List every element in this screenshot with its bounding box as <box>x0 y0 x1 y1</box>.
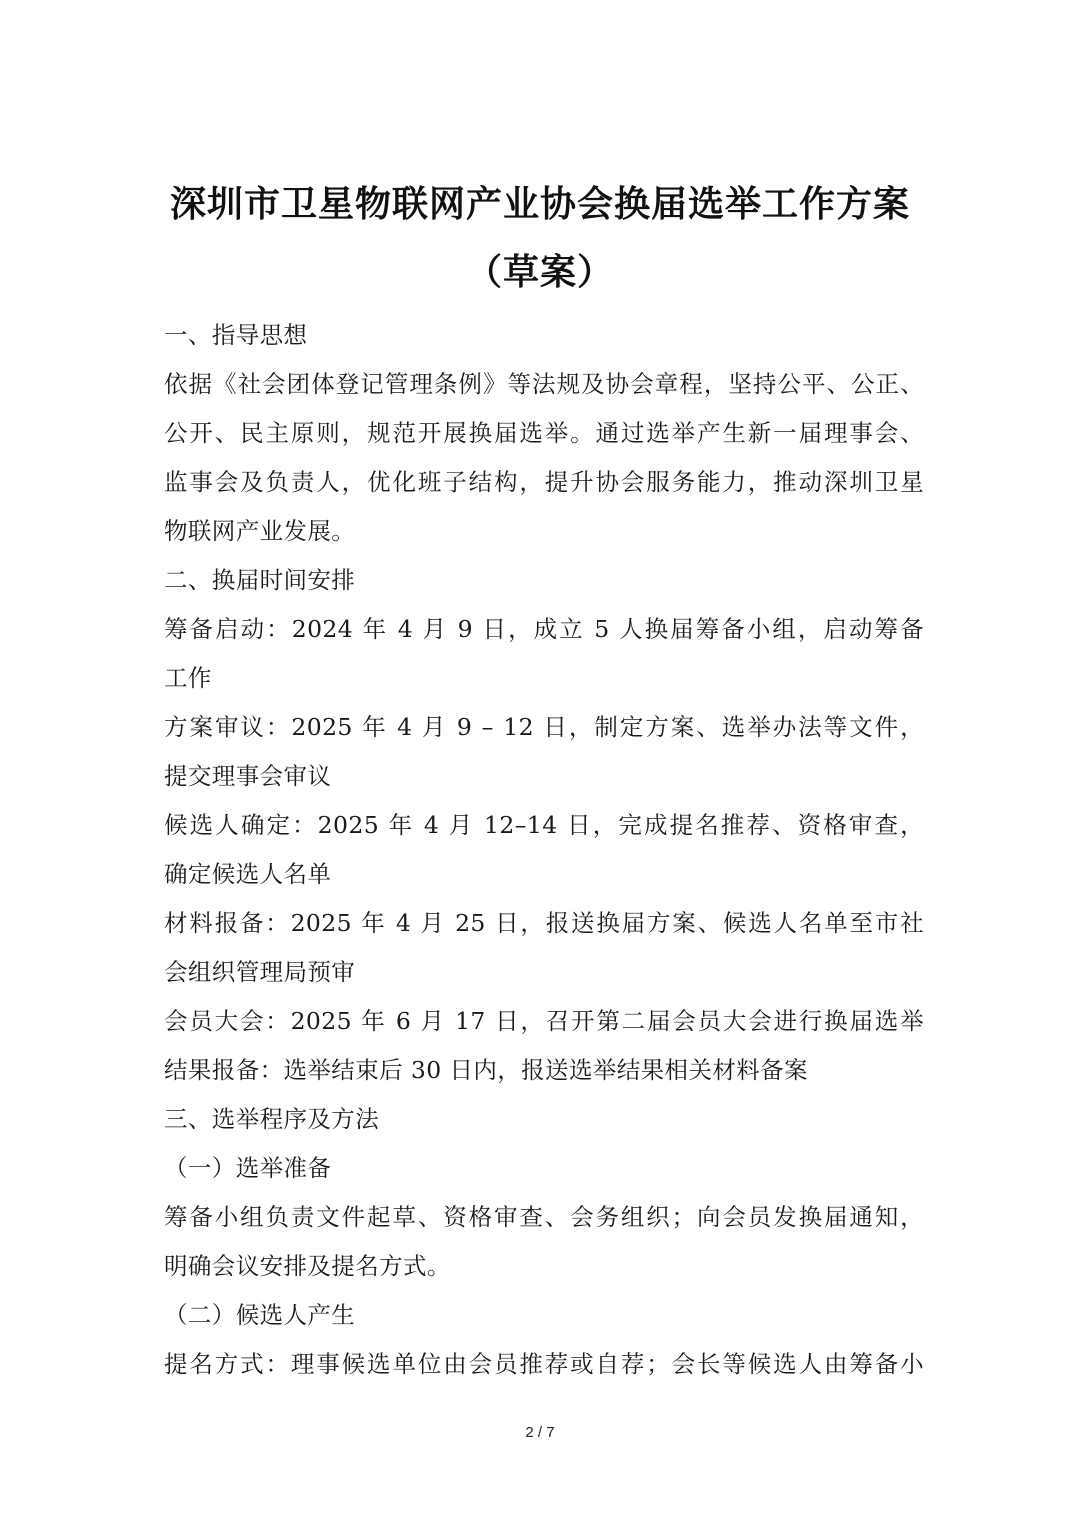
section-heading-2: 二、换届时间安排 <box>164 556 924 605</box>
schedule-item-general-assembly: 会员大会：2025 年 6 月 17 日，召开第二届会员大会进行换届选举 <box>164 997 924 1046</box>
document-page: 深圳市卫星物联网产业协会换届选举工作方案 （草案） 一、指导思想 依据《社会团体… <box>0 0 1080 1526</box>
subsection-heading-1: （一）选举准备 <box>164 1144 924 1193</box>
paragraph-line: 公开、民主原则，规范开展换届选举。通过选举产生新一届理事会、 <box>164 409 924 458</box>
schedule-item-filing-cont: 会组织管理局预审 <box>164 948 924 997</box>
schedule-item-candidates-cont: 确定候选人名单 <box>164 850 924 899</box>
paragraph-line: 物联网产业发展。 <box>164 507 924 556</box>
paragraph-line: 明确会议安排及提名方式。 <box>164 1242 924 1291</box>
page-number: 2 / 7 <box>0 1424 1080 1441</box>
paragraph-line: 筹备小组负责文件起草、资格审查、会务组织；向会员发换届通知， <box>164 1193 924 1242</box>
section-heading-1: 一、指导思想 <box>164 311 924 360</box>
subsection-heading-2: （二）候选人产生 <box>164 1291 924 1340</box>
schedule-item-candidates: 候选人确定：2025 年 4 月 12–14 日，完成提名推荐、资格审查， <box>164 801 924 850</box>
paragraph-line: 依据《社会团体登记管理条例》等法规及协会章程，坚持公平、公正、 <box>164 360 924 409</box>
schedule-item-plan-review-cont: 提交理事会审议 <box>164 752 924 801</box>
document-subtitle: （草案） <box>0 244 1080 295</box>
schedule-item-filing: 材料报备：2025 年 4 月 25 日，报送换届方案、候选人名单至市社 <box>164 899 924 948</box>
schedule-item-prep-start: 筹备启动：2024 年 4 月 9 日，成立 5 人换届筹备小组，启动筹备 <box>164 605 924 654</box>
schedule-item-prep-start-cont: 工作 <box>164 654 924 703</box>
paragraph-line: 监事会及负责人，优化班子结构，提升协会服务能力，推动深圳卫星 <box>164 458 924 507</box>
paragraph-line: 提名方式：理事候选单位由会员推荐或自荐；会长等候选人由筹备小 <box>164 1340 924 1389</box>
section-heading-3: 三、选举程序及方法 <box>164 1095 924 1144</box>
schedule-item-plan-review: 方案审议：2025 年 4 月 9 – 12 日，制定方案、选举办法等文件， <box>164 703 924 752</box>
document-body: 一、指导思想 依据《社会团体登记管理条例》等法规及协会章程，坚持公平、公正、 公… <box>164 311 924 1389</box>
schedule-item-result-filing: 结果报备：选举结束后 30 日内，报送选举结果相关材料备案 <box>164 1046 924 1095</box>
document-title: 深圳市卫星物联网产业协会换届选举工作方案 <box>0 176 1080 227</box>
